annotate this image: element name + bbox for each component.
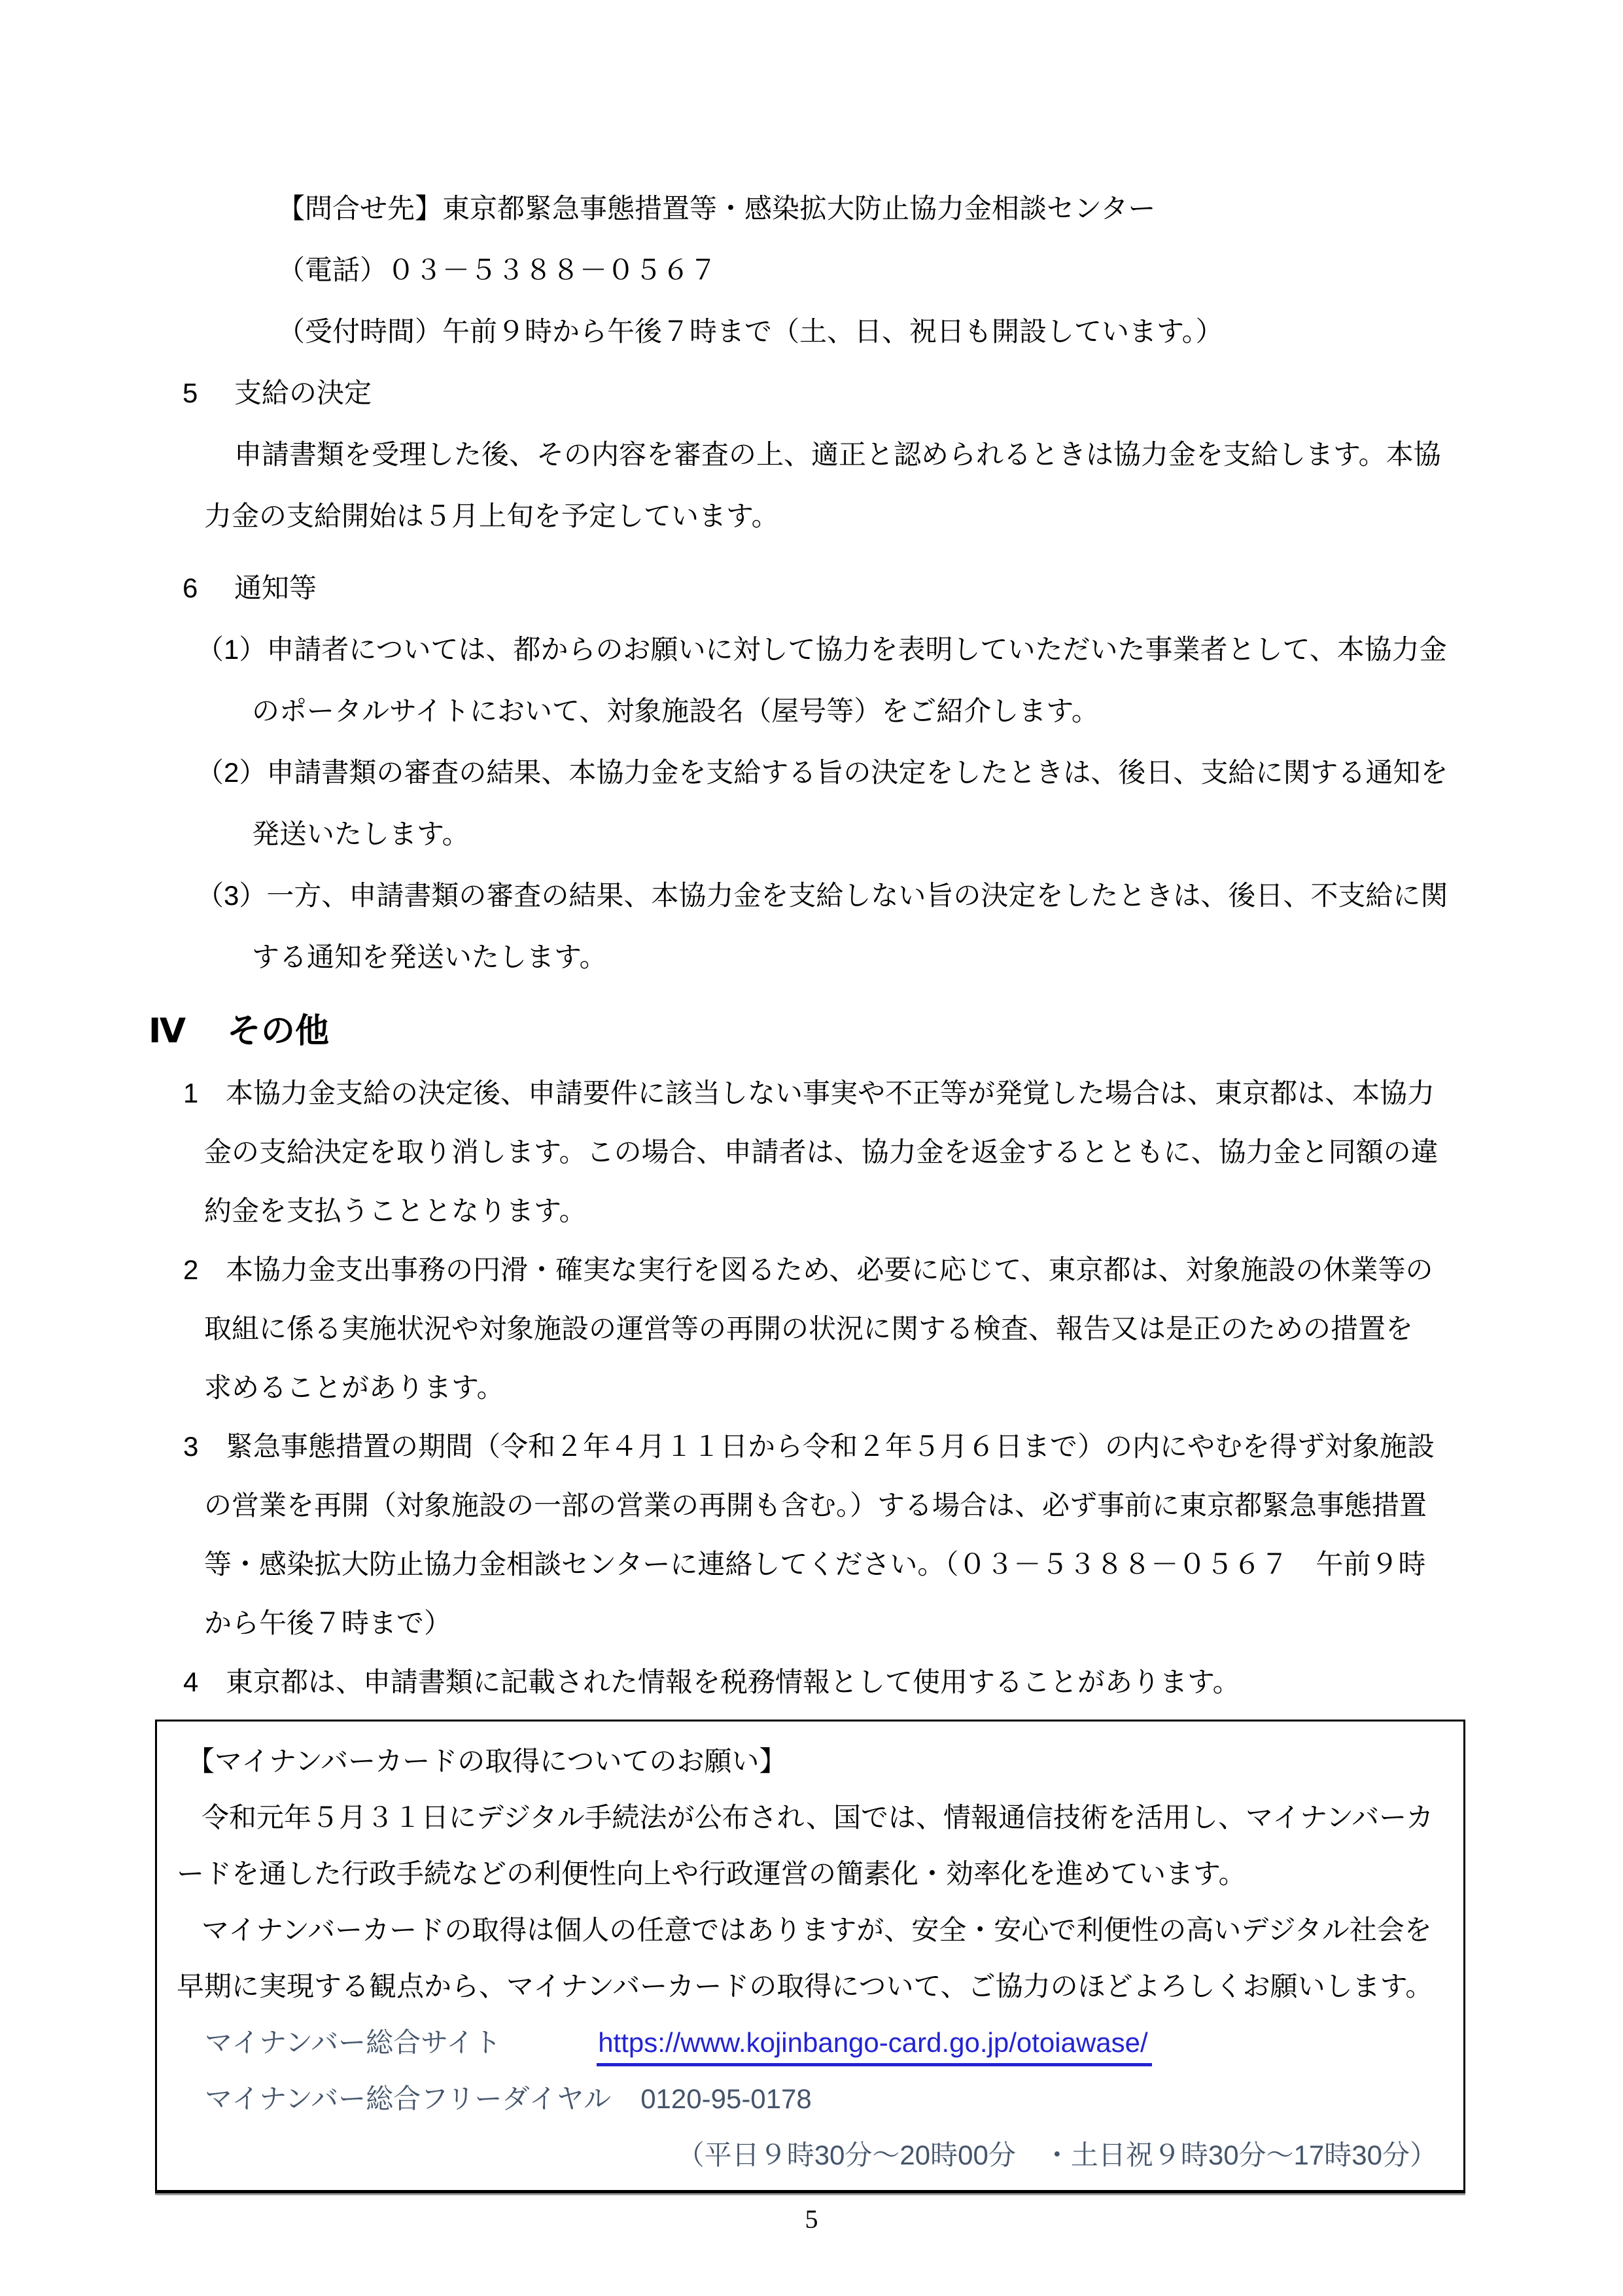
- section6-title: 通知等: [234, 573, 317, 603]
- section6-heading: 6通知等: [183, 557, 1623, 619]
- mynumber-site-line: マイナンバー総合サイトhttps://www.kojinbango-card.g…: [205, 2015, 1437, 2071]
- other-item4-number: 4: [183, 1653, 226, 1712]
- mynumber-dial-number: 0120-95-0178: [640, 2083, 812, 2114]
- other-item2-text: 本協力金支出事務の円滑・確実な実行を図るため、必要に応じて、東京都は、対象施設の…: [226, 1254, 1433, 1285]
- other-item3-text: 緊急事態措置の期間（令和２年４月１１日から令和２年５月６日まで）の内にやむを得ず…: [226, 1431, 1435, 1462]
- section6-number: 6: [183, 557, 234, 619]
- section5-number: 5: [183, 362, 234, 424]
- section-other-number: Ⅳ: [148, 1005, 227, 1057]
- mynumber-hours-line: （平日９時30分～20時00分 ・土日祝９時30分～17時30分）: [177, 2127, 1437, 2183]
- section5-paragraph-line: 力金の支給開始は５月上旬を予定しています。: [204, 486, 1623, 547]
- section6-item2-line: （2）申請書類の審査の結果、本協力金を支給する旨の決定をしたときは、後日、支給に…: [196, 742, 1623, 804]
- other-item1-text: 本協力金支給の決定後、申請要件に該当しない事実や不正等が発覚した場合は、東京都は…: [226, 1078, 1435, 1108]
- mynumber-box-paragraph-line: ードを通した行政手続などの利便性向上や行政運営の簡素化・効率化を進めています。: [177, 1846, 1437, 1902]
- other-item1-line: 1本協力金支給の決定後、申請要件に該当しない事実や不正等が発覚した場合は、東京都…: [183, 1064, 1623, 1123]
- section5-paragraph-line: 申請書類を受理した後、その内容を審査の上、適正と認められるときは協力金を支給しま…: [234, 424, 1623, 486]
- other-item2-line: 2本協力金支出事務の円滑・確実な実行を図るため、必要に応じて、東京都は、対象施設…: [183, 1241, 1623, 1299]
- contact-center-line: 【問合せ先】東京都緊急事態措置等・感染拡大防止協力金相談センター: [277, 178, 1623, 239]
- other-item3-number: 3: [183, 1417, 226, 1476]
- mynumber-box-paragraph-line: マイナンバーカードの取得は個人の任意ではありますが、安全・安心で利便性の高いデジ…: [177, 1902, 1437, 1958]
- other-item3-line: の営業を再開（対象施設の一部の営業の再開も含む。）する場合は、必ず事前に東京都緊…: [204, 1476, 1623, 1535]
- section-other-heading: Ⅳその他: [148, 1005, 1623, 1057]
- mynumber-box-paragraph-line: 早期に実現する観点から、マイナンバーカードの取得について、ご協力のほどよろしくお…: [177, 1958, 1437, 2015]
- mynumber-site-label: マイナンバー総合サイト: [205, 2027, 501, 2058]
- section5-title: 支給の決定: [234, 378, 372, 408]
- section-other-title: その他: [227, 1012, 329, 1050]
- other-item4-line: 4東京都は、申請書類に記載された情報を税務情報として使用することがあります。: [183, 1653, 1623, 1712]
- section5-heading: 5支給の決定: [183, 362, 1623, 424]
- other-item3-line: 等・感染拡大防止協力金相談センターに連絡してください。（０３－５３８８－０５６７…: [204, 1535, 1623, 1594]
- other-item1-line: 金の支給決定を取り消します。この場合、申請者は、協力金を返金するとともに、協力金…: [204, 1123, 1623, 1182]
- mynumber-box-paragraph-line: 令和元年５月３１日にデジタル手続法が公布され、国では、情報通信技術を活用し、マイ…: [177, 1790, 1437, 1846]
- section6-item2-line: 発送いたします。: [252, 804, 1623, 865]
- other-item2-number: 2: [183, 1241, 226, 1299]
- other-item2-line: 取組に係る実施状況や対象施設の運営等の再開の状況に関する検査、報告又は是正のため…: [204, 1299, 1623, 1358]
- other-item3-line: 3緊急事態措置の期間（令和２年４月１１日から令和２年５月６日まで）の内にやむを得…: [183, 1417, 1623, 1476]
- other-item4-text: 東京都は、申請書類に記載された情報を税務情報として使用することがあります。: [226, 1667, 1240, 1697]
- other-item1-number: 1: [183, 1064, 226, 1123]
- section6-item3-line: （3）一方、申請書類の審査の結果、本協力金を支給しない旨の決定をしたときは、後日…: [196, 865, 1623, 927]
- contact-phone-line: （電話）０３－５３８８－０５６７: [277, 239, 1623, 301]
- section6-item3-line: する通知を発送いたします。: [252, 927, 1623, 988]
- mynumber-dial-line: マイナンバー総合フリーダイヤル0120-95-0178: [205, 2071, 1437, 2127]
- section6-item1-line: のポータルサイトにおいて、対象施設名（屋号等）をご紹介します。: [252, 680, 1623, 742]
- contact-hours-line: （受付時間）午前９時から午後７時まで（土、日、祝日も開設しています。）: [277, 301, 1623, 362]
- mynumber-box: 【マイナンバーカードの取得についてのお願い】 令和元年５月３１日にデジタル手続法…: [155, 1720, 1465, 2193]
- section6-item1-line: （1）申請者については、都からのお願いに対して協力を表明していただいた事業者とし…: [196, 619, 1623, 680]
- other-item1-line: 約金を支払うこととなります。: [204, 1182, 1623, 1241]
- other-item2-line: 求めることがあります。: [204, 1358, 1623, 1417]
- document-content: 【問合せ先】東京都緊急事態措置等・感染拡大防止協力金相談センター （電話）０３－…: [0, 0, 1623, 2234]
- document-page: 【問合せ先】東京都緊急事態措置等・感染拡大防止協力金相談センター （電話）０３－…: [0, 0, 1623, 2296]
- page-number: 5: [0, 2204, 1623, 2234]
- other-item3-line: から午後７時まで）: [204, 1594, 1623, 1653]
- mynumber-box-title: 【マイナンバーカードの取得についてのお願い】: [187, 1733, 1437, 1790]
- mynumber-site-link[interactable]: https://www.kojinbango-card.go.jp/otoiaw…: [597, 2027, 1151, 2066]
- mynumber-dial-label: マイナンバー総合フリーダイヤル: [205, 2083, 611, 2114]
